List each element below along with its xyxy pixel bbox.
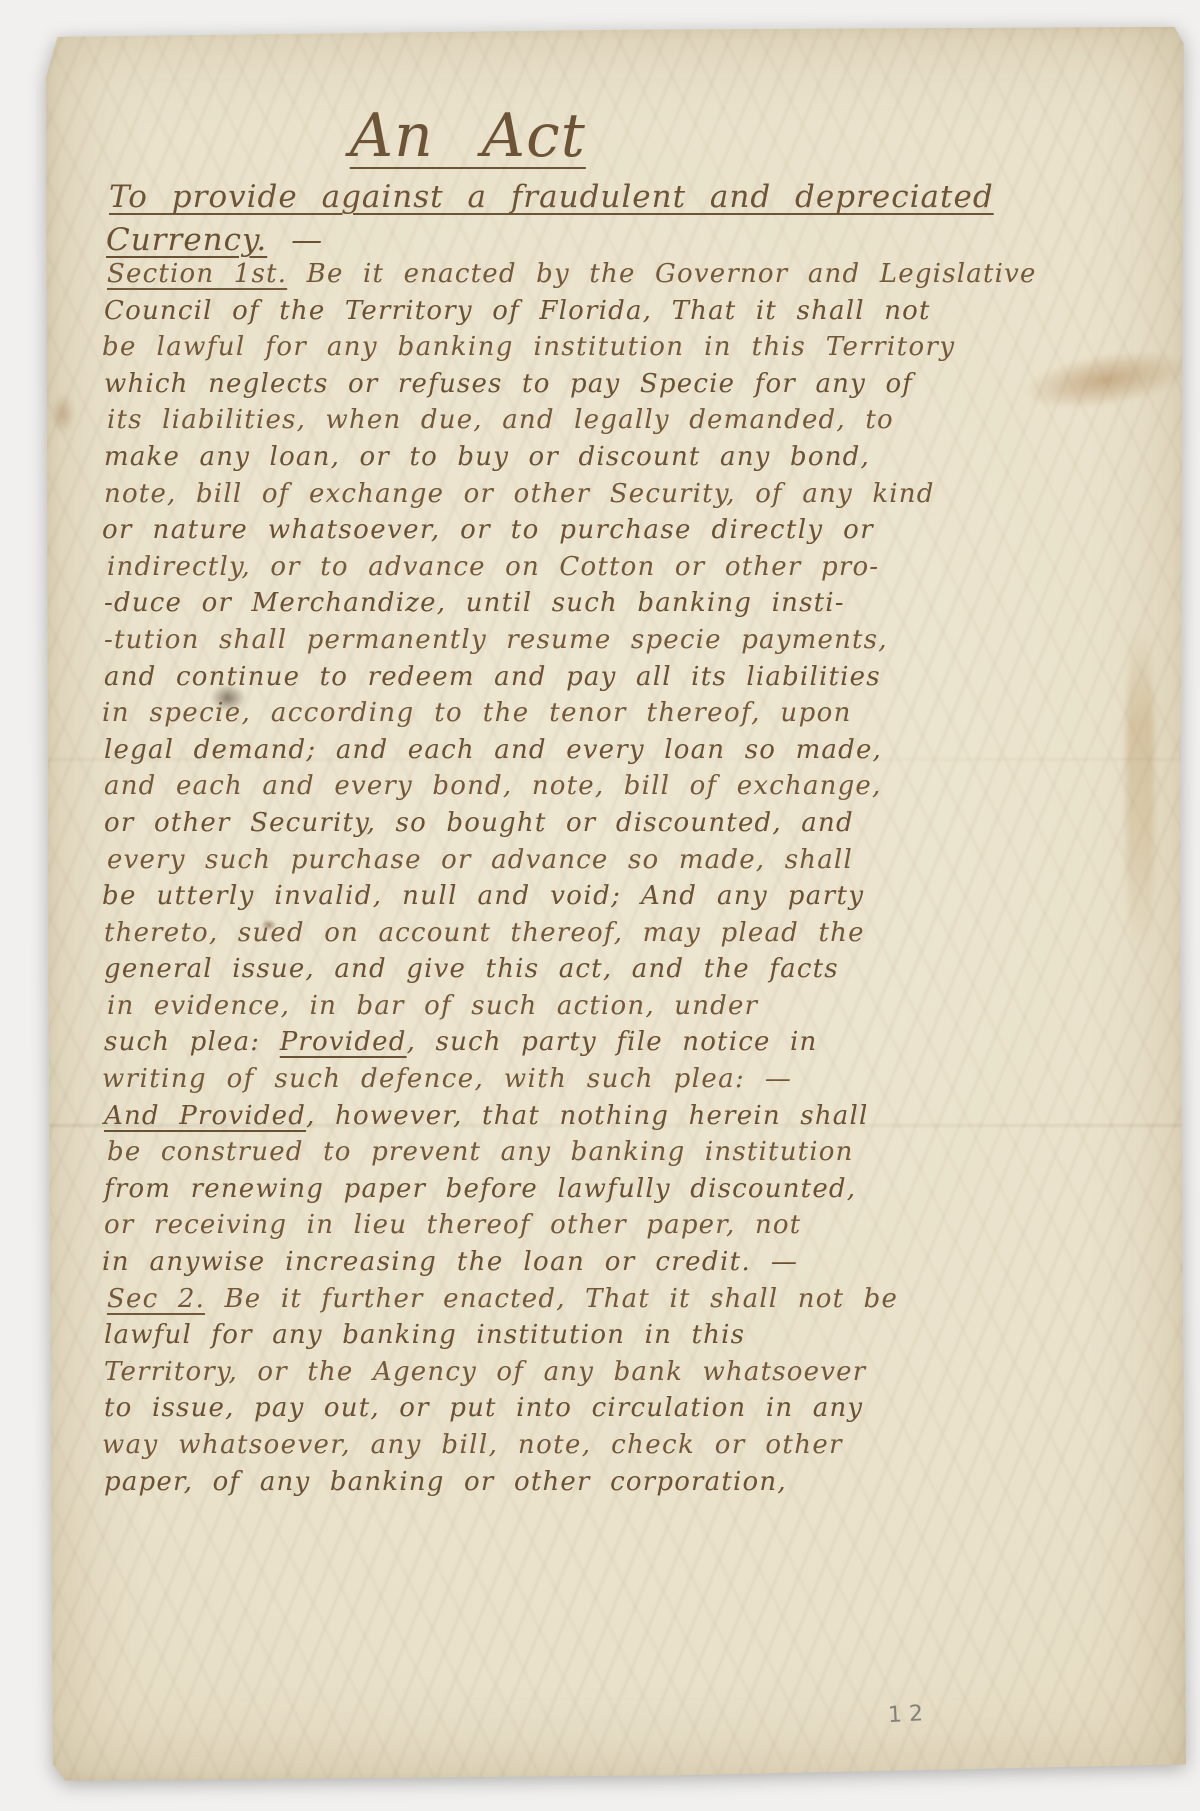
manuscript-text: from renewing paper before lawfully disc… (104, 1174, 856, 1204)
manuscript-line: such plea: Provided, such party file not… (104, 1024, 1134, 1061)
manuscript-text: way whatsoever, any bill, note, check or… (102, 1430, 843, 1460)
manuscript-text: — (267, 222, 323, 258)
manuscript-line: or nature whatsoever, or to purchase dir… (102, 512, 1132, 549)
manuscript-text: , however, that nothing herein shall (306, 1101, 868, 1131)
manuscript-text: -tution shall permanently resume specie … (104, 625, 888, 655)
manuscript-text: make any loan, or to buy or discount any… (104, 442, 870, 472)
manuscript-line: note, bill of exchange or other Security… (104, 476, 1134, 513)
manuscript-line: make any loan, or to buy or discount any… (104, 439, 1134, 476)
manuscript-line: in specie, according to the tenor thereo… (102, 695, 1132, 732)
underlined-text: Currency. (106, 222, 267, 258)
manuscript-text: every such purchase or advance so made, … (107, 845, 853, 875)
manuscript-line: in anywise increasing the loan or credit… (102, 1244, 1132, 1281)
manuscript-line: Sec 2. Be it further enacted, That it sh… (107, 1281, 1137, 1318)
manuscript-text: legal demand; and each and every loan so… (104, 735, 882, 765)
manuscript-text: writing of such defence, with such plea:… (102, 1064, 792, 1094)
manuscript-line: which neglects or refuses to pay Specie … (104, 366, 1134, 403)
manuscript-text: indirectly, or to advance on Cotton or o… (107, 552, 879, 582)
manuscript-line: in evidence, in bar of such action, unde… (107, 988, 1137, 1025)
manuscript-text: or receiving in lieu thereof other paper… (104, 1210, 801, 1240)
underlined-text: Section 1st. (107, 259, 287, 289)
manuscript-text: and continue to redeem and pay all its l… (104, 662, 881, 692)
manuscript-text: -duce or Merchandize, until such banking… (104, 588, 845, 618)
manuscript-text: in anywise increasing the loan or credit… (102, 1247, 798, 1277)
manuscript-text: such plea: (104, 1027, 280, 1057)
underlined-text: Provided (280, 1027, 407, 1057)
underlined-text: To provide against a fraudulent and depr… (109, 179, 994, 215)
manuscript-text: Be it further enacted, That it shall not… (205, 1284, 898, 1314)
manuscript-line: And Provided, however, that nothing here… (104, 1098, 1134, 1135)
manuscript-line: -tution shall permanently resume specie … (104, 622, 1134, 659)
manuscript-line: paper, of any banking or other corporati… (104, 1464, 1134, 1501)
manuscript-line: legal demand; and each and every loan so… (104, 732, 1134, 769)
manuscript-text: note, bill of exchange or other Security… (104, 479, 935, 509)
manuscript-text: , such party file notice in (407, 1027, 818, 1057)
manuscript-line: To provide against a fraudulent and depr… (109, 176, 994, 219)
manuscript-line: indirectly, or to advance on Cotton or o… (107, 549, 1137, 586)
manuscript-line: Territory, or the Agency of any bank wha… (104, 1354, 1134, 1391)
manuscript-text: general issue, and give this act, and th… (104, 954, 839, 984)
manuscript-text: to issue, pay out, or put into circulati… (104, 1393, 863, 1423)
underlined-text: And Provided (104, 1101, 306, 1131)
manuscript-text: in evidence, in bar of such action, unde… (107, 991, 758, 1021)
manuscript-line: every such purchase or advance so made, … (107, 842, 1137, 879)
document-title: An Act (46, 104, 890, 168)
manuscript-text: thereto, sued on account thereof, may pl… (104, 918, 865, 948)
manuscript-line: and continue to redeem and pay all its l… (104, 659, 1134, 696)
manuscript-line: from renewing paper before lawfully disc… (104, 1171, 1134, 1208)
scan-background: { "page": { "background_color": "#f1f0ee… (0, 0, 1200, 1811)
manuscript-line: way whatsoever, any bill, note, check or… (102, 1427, 1132, 1464)
manuscript-line: thereto, sued on account thereof, may pl… (104, 915, 1134, 952)
manuscript-line: to issue, pay out, or put into circulati… (104, 1390, 1134, 1427)
manuscript-line: its liabilities, when due, and legally d… (107, 402, 1137, 439)
manuscript-text: Territory, or the Agency of any bank wha… (104, 1357, 866, 1387)
manuscript-page-wrapper: An Act To provide against a fraudulent a… (46, 26, 1186, 1782)
manuscript-line: be utterly invalid, null and void; And a… (102, 878, 1132, 915)
document-title-text: An Act (350, 101, 586, 171)
manuscript-line: and each and every bond, note, bill of e… (104, 768, 1134, 805)
document-subtitle: To provide against a fraudulent and depr… (106, 176, 991, 262)
manuscript-text: and each and every bond, note, bill of e… (104, 771, 881, 801)
manuscript-line: be lawful for any banking institution in… (102, 329, 1132, 366)
manuscript-text: paper, of any banking or other corporati… (104, 1467, 787, 1497)
document-body: Section 1st. Be it enacted by the Govern… (104, 256, 1134, 1500)
manuscript-text: be lawful for any banking institution in… (102, 332, 955, 362)
manuscript-text: its liabilities, when due, and legally d… (107, 405, 894, 435)
stain (48, 388, 78, 440)
manuscript-line: Section 1st. Be it enacted by the Govern… (107, 256, 1137, 293)
manuscript-line: lawful for any banking institution in th… (104, 1317, 1134, 1354)
manuscript-line: be construed to prevent any banking inst… (107, 1134, 1137, 1171)
manuscript-text: in specie, according to the tenor thereo… (102, 698, 852, 728)
manuscript-page: An Act To provide against a fraudulent a… (46, 26, 1186, 1782)
manuscript-text: be utterly invalid, null and void; And a… (102, 881, 864, 911)
manuscript-line: Council of the Territory of Florida, Tha… (104, 293, 1134, 330)
manuscript-text: Be it enacted by the Governor and Legisl… (287, 259, 1036, 289)
underlined-text: Sec 2. (107, 1284, 205, 1314)
manuscript-text: lawful for any banking institution in th… (104, 1320, 745, 1350)
manuscript-line: or receiving in lieu thereof other paper… (104, 1207, 1134, 1244)
manuscript-line: or other Security, so bought or discount… (104, 805, 1134, 842)
manuscript-text: or nature whatsoever, or to purchase dir… (102, 515, 874, 545)
manuscript-text: be construed to prevent any banking inst… (107, 1137, 854, 1167)
page-number: 12 (887, 1701, 930, 1728)
manuscript-line: writing of such defence, with such plea:… (102, 1061, 1132, 1098)
manuscript-text: Council of the Territory of Florida, Tha… (104, 296, 931, 326)
manuscript-text: which neglects or refuses to pay Specie … (104, 369, 913, 399)
manuscript-line: -duce or Merchandize, until such banking… (104, 585, 1134, 622)
manuscript-line: general issue, and give this act, and th… (104, 951, 1134, 988)
manuscript-text: or other Security, so bought or discount… (104, 808, 854, 838)
